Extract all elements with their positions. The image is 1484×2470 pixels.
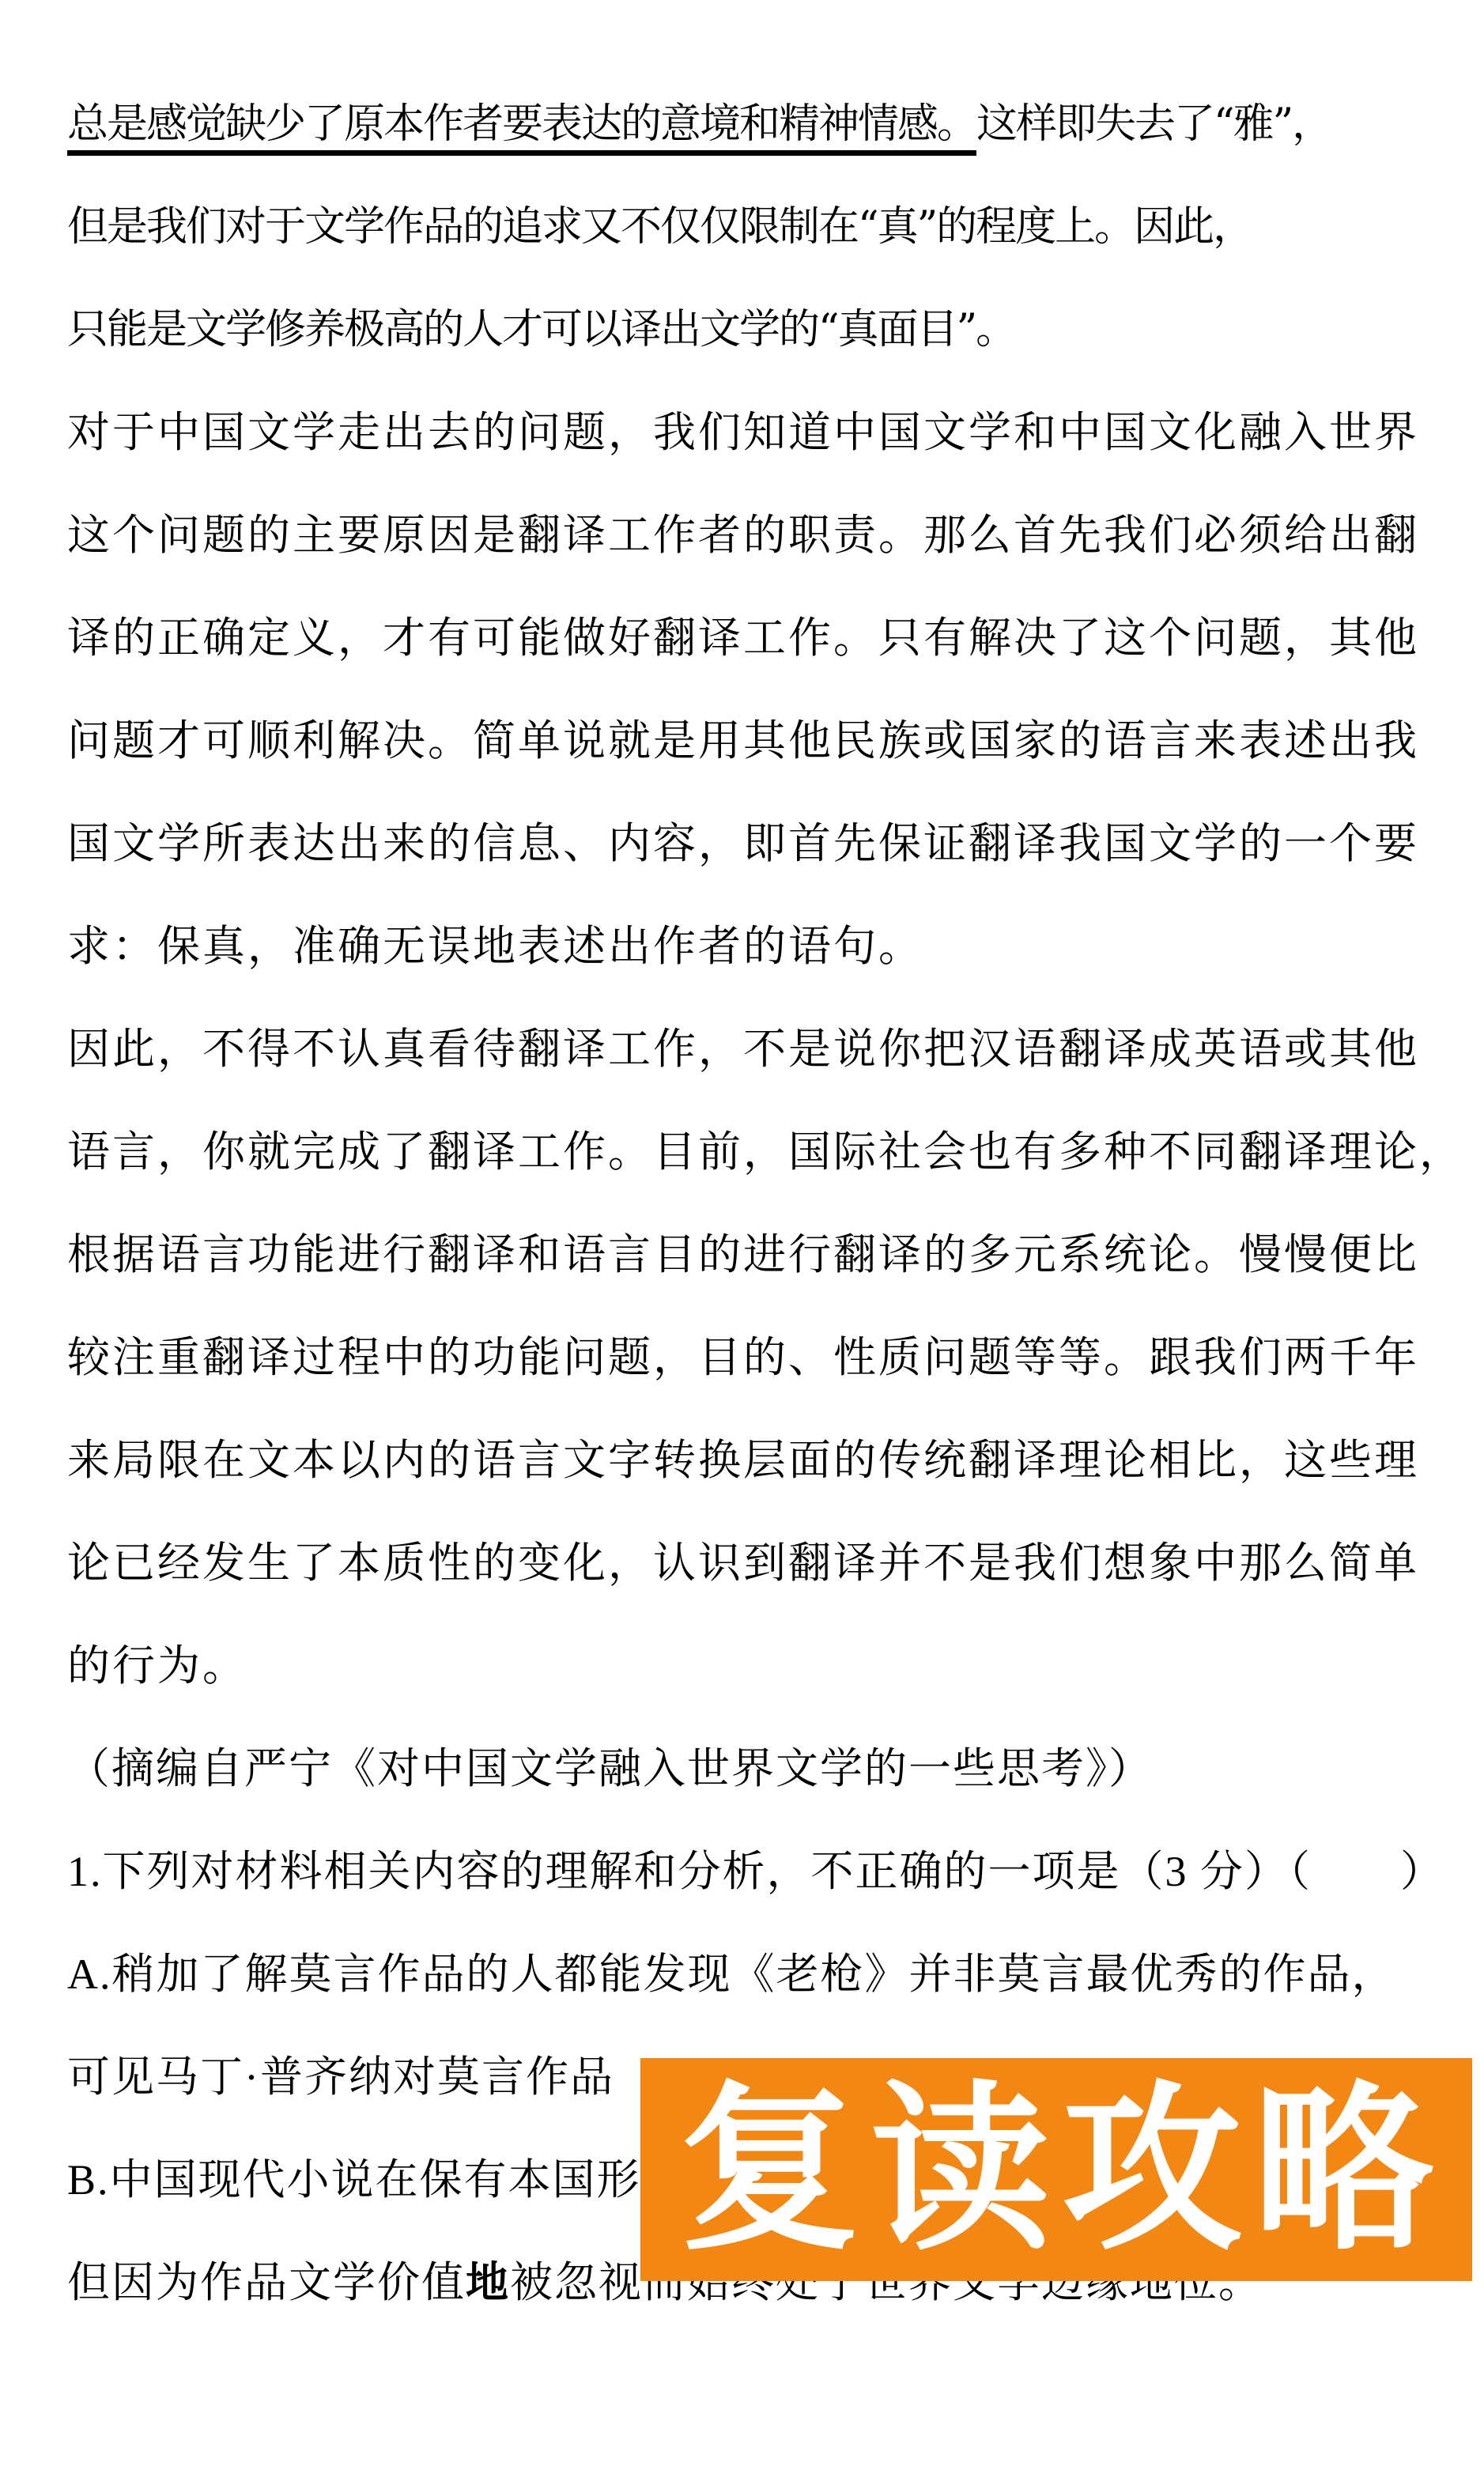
attribution-line: （摘编自严宁《对中国文学融入世界文学的一些思考》） [67, 1717, 1459, 1820]
option-a-line-1: A.稍加了解莫言作品的人都能发现《老枪》并非莫言最优秀的作品， [67, 1923, 1459, 2026]
paragraph2-line-5: 来局限在文本以内的语言文字转换层面的传统翻译理论相比，这些理 [67, 1409, 1459, 1512]
paragraph1-line-2: 这个问题的主要原因是翻译工作者的职责。那么首先我们必须给出翻 [67, 484, 1459, 587]
watermark-banner: 复读攻略 [640, 2058, 1472, 2281]
option-b-line-2-pre: 但因为作品文学价值 [67, 2259, 466, 2306]
paragraph2-line-2: 语言，你就完成了翻译工作。目前，国际社会也有多种不同翻译理论， [67, 1101, 1459, 1203]
paragraph2-line-1: 因此，不得不认真看待翻译工作，不是说你把汉语翻译成英语或其他 [67, 998, 1459, 1101]
paragraph1-line-3: 译的正确定义，才有可能做好翻译工作。只有解决了这个问题，其他 [67, 587, 1459, 689]
option-b-bold-char: 地 [466, 2259, 510, 2306]
paragraph2-line-6: 论已经发生了本质性的变化，认识到翻译并不是我们想象中那么简单 [67, 1512, 1459, 1615]
paragraph2-line-7: 的行为。 [67, 1615, 1459, 1717]
paragraph2-line-3: 根据语言功能进行翻译和语言目的进行翻译的多元系统论。慢慢便比 [67, 1203, 1459, 1306]
exam-document-page: 总是感觉缺少了原本作者要表达的意境和精神情感。这样即失去了“雅”， 但是我们对于… [0, 0, 1484, 2470]
question-line: 1.下列对材料相关内容的理解和分析，不正确的一项是（3 分）（ ） [67, 1820, 1459, 1923]
paragraph1-line-1: 对于中国文学走出去的问题，我们知道中国文学和中国文化融入世界 [67, 381, 1459, 484]
paragraph1-line-6: 求：保真，准确无误地表述出作者的语句。 [67, 895, 1459, 998]
paragraph1-line-4: 问题才可顺利解决。简单说就是用其他民族或国家的语言来表述出我 [67, 689, 1459, 792]
intro-line-2: 但是我们对于文学作品的追求又不仅仅限制在“真”的程度上。因此， [67, 176, 1459, 278]
intro-line-3: 只能是文学修养极高的人才可以译出文学的“真面目”。 [67, 278, 1459, 381]
intro-line-1-rest: 这样即失去了“雅”， [976, 100, 1331, 148]
watermark-text: 复读攻略 [668, 2058, 1444, 2281]
paragraph2-line-4: 较注重翻译过程中的功能问题，目的、性质问题等等。跟我们两千年 [67, 1306, 1459, 1409]
document-text-column: 总是感觉缺少了原本作者要表达的意境和精神情感。这样即失去了“雅”， 但是我们对于… [67, 73, 1459, 2334]
paragraph1-line-5: 国文学所表达出来的信息、内容，即首先保证翻译我国文学的一个要 [67, 792, 1459, 895]
underlined-passage: 总是感觉缺少了原本作者要表达的意境和精神情感。 [67, 100, 976, 156]
intro-line-1: 总是感觉缺少了原本作者要表达的意境和精神情感。这样即失去了“雅”， [67, 73, 1459, 176]
